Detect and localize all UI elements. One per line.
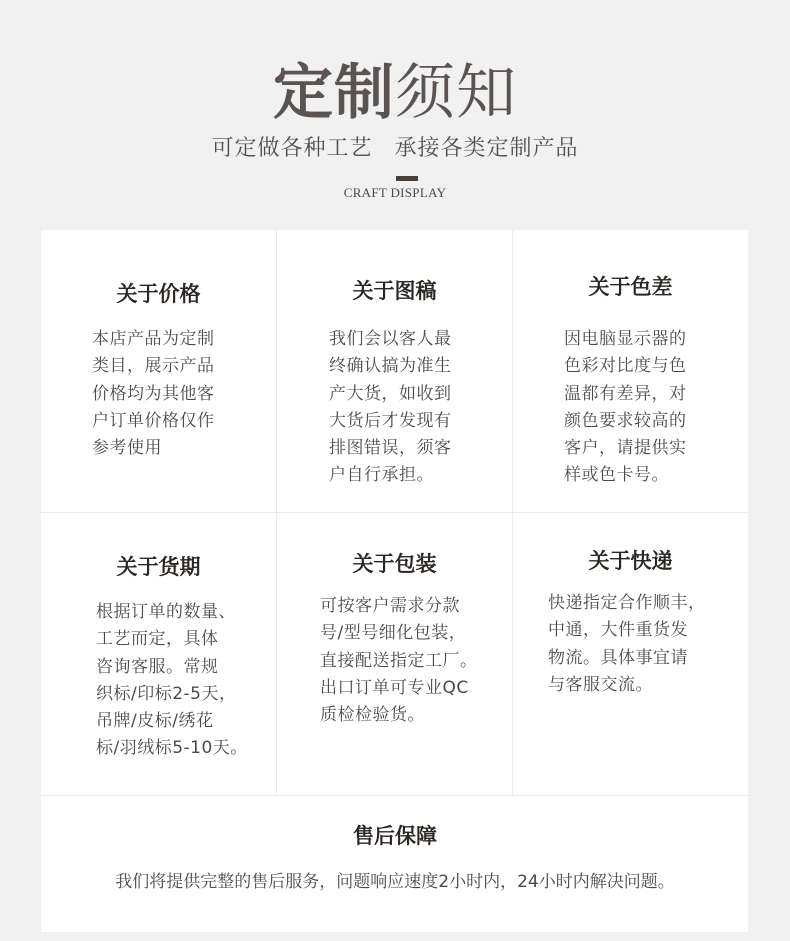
page-title: 定制须知 bbox=[0, 58, 790, 128]
body-line: 物流。具体事宜请 bbox=[548, 645, 706, 672]
section-title: 关于包装 bbox=[277, 550, 512, 578]
body-line: 织标/印标2-5天， bbox=[96, 681, 248, 708]
body-line: 我们会以客人最 bbox=[329, 326, 452, 353]
section-body: 根据订单的数量、 工艺而定，具体 咨询客服。常规 织标/印标2-5天， 吊牌/皮… bbox=[96, 599, 248, 763]
body-line: 咨询客服。常规 bbox=[96, 654, 248, 681]
body-line: 快递指定合作顺丰， bbox=[548, 590, 706, 617]
section-body: 快递指定合作顺丰， 中通，大件重货发 物流。具体事宜请 与客服交流。 bbox=[548, 590, 706, 699]
body-line: 号/型号细化包装， bbox=[320, 620, 478, 647]
section-artwork: 关于图稿 我们会以客人最 终确认搞为准生 产大货，如收到 大货后才发现有 排图错… bbox=[277, 230, 512, 512]
section-express-delivery: 关于快递 快递指定合作顺丰， 中通，大件重货发 物流。具体事宜请 与客服交流。 bbox=[513, 513, 748, 795]
body-line: 客户，请提供实 bbox=[564, 435, 687, 462]
body-line: 大货后才发现有 bbox=[329, 408, 452, 435]
section-title: 关于货期 bbox=[41, 553, 276, 581]
page-title-bold: 定制 bbox=[273, 58, 395, 128]
body-line: 户自行承担。 bbox=[329, 462, 452, 489]
section-color-difference: 关于色差 因电脑显示器的 色彩对比度与色 温都有差异，对 颜色要求较高的 客户，… bbox=[513, 230, 748, 512]
page-subtitle: 可定做各种工艺承接各类定制产品 bbox=[0, 134, 790, 164]
row-divider-2 bbox=[41, 795, 748, 796]
body-line: 本店产品为定制 bbox=[92, 326, 215, 353]
section-body: 本店产品为定制 类目，展示产品 价格均为其他客 户订单价格仅作 参考使用 bbox=[92, 326, 215, 462]
body-line: 根据订单的数量、 bbox=[96, 599, 248, 626]
section-title: 关于价格 bbox=[41, 280, 276, 308]
body-line: 直接配送指定工厂。 bbox=[320, 648, 478, 675]
body-line: 色彩对比度与色 bbox=[564, 353, 687, 380]
body-line: 可按客户需求分款 bbox=[320, 593, 478, 620]
body-line: 工艺而定，具体 bbox=[96, 626, 248, 653]
body-line: 吊牌/皮标/绣花 bbox=[96, 708, 248, 735]
subtitle-right: 承接各类定制产品 bbox=[395, 136, 579, 161]
body-line: 标/羽绒标5-10天。 bbox=[96, 735, 248, 762]
section-price: 关于价格 本店产品为定制 类目，展示产品 价格均为其他客 户订单价格仅作 参考使… bbox=[41, 230, 276, 512]
section-title: 关于图稿 bbox=[277, 277, 512, 305]
section-title: 关于快递 bbox=[513, 547, 748, 575]
subtitle-left: 可定做各种工艺 bbox=[211, 136, 372, 161]
body-line: 产大货，如收到 bbox=[329, 381, 452, 408]
body-line: 中通，大件重货发 bbox=[548, 617, 706, 644]
body-line: 因电脑显示器的 bbox=[564, 326, 687, 353]
section-body: 因电脑显示器的 色彩对比度与色 温都有差异，对 颜色要求较高的 客户，请提供实 … bbox=[564, 326, 687, 490]
body-line: 质检检验货。 bbox=[320, 702, 478, 729]
body-line: 与客服交流。 bbox=[548, 672, 706, 699]
page-title-light: 须知 bbox=[395, 58, 517, 128]
body-line: 样或色卡号。 bbox=[564, 462, 687, 489]
after-sales-text: 我们将提供完整的售后服务，问题响应速度2小时内，24小时内解决问题。 bbox=[0, 870, 790, 894]
section-body: 我们会以客人最 终确认搞为准生 产大货，如收到 大货后才发现有 排图错误，须客 … bbox=[329, 326, 452, 490]
body-line: 终确认搞为准生 bbox=[329, 353, 452, 380]
body-line: 参考使用 bbox=[92, 435, 215, 462]
body-line: 排图错误，须客 bbox=[329, 435, 452, 462]
section-packaging: 关于包装 可按客户需求分款 号/型号细化包装， 直接配送指定工厂。 出口订单可专… bbox=[277, 513, 512, 795]
craft-display-caption: CRAFT DISPLAY bbox=[0, 185, 790, 201]
body-line: 出口订单可专业QC bbox=[320, 675, 478, 702]
body-line: 类目，展示产品 bbox=[92, 353, 215, 380]
body-line: 颜色要求较高的 bbox=[564, 408, 687, 435]
title-divider-dash bbox=[396, 176, 418, 181]
body-line: 户订单价格仅作 bbox=[92, 408, 215, 435]
body-line: 价格均为其他客 bbox=[92, 381, 215, 408]
section-title: 关于色差 bbox=[513, 273, 748, 301]
section-body: 可按客户需求分款 号/型号细化包装， 直接配送指定工厂。 出口订单可专业QC 质… bbox=[320, 593, 478, 729]
after-sales-title: 售后保障 bbox=[0, 822, 790, 850]
body-line: 温都有差异，对 bbox=[564, 381, 687, 408]
section-delivery-time: 关于货期 根据订单的数量、 工艺而定，具体 咨询客服。常规 织标/印标2-5天，… bbox=[41, 513, 276, 795]
